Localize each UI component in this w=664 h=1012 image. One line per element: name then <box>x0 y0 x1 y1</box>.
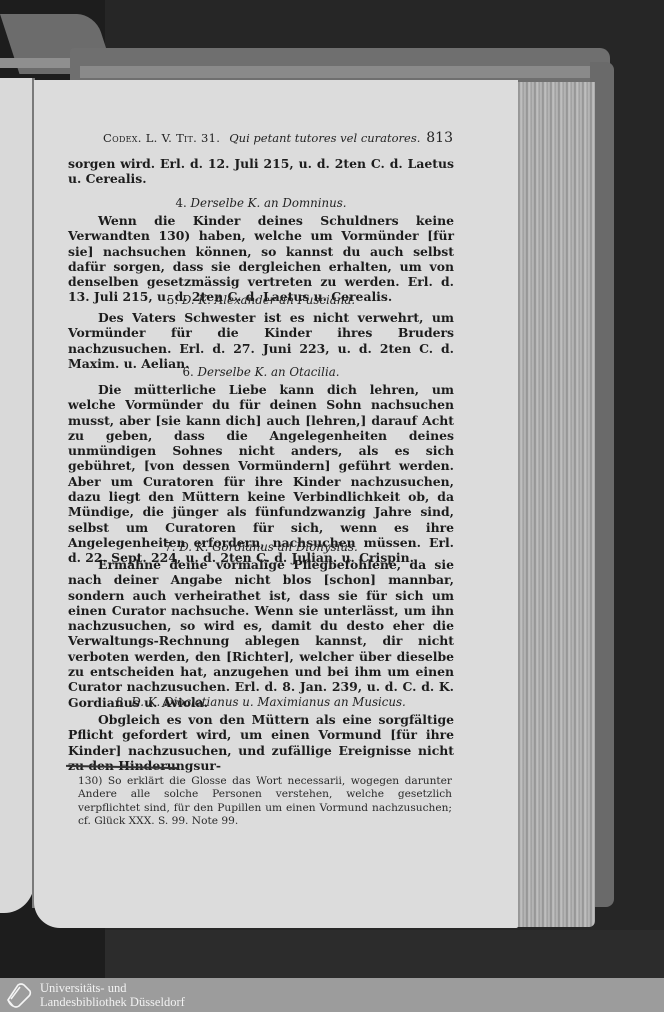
section-text: Die mütterliche Liebe kann dich lehren, … <box>68 382 454 566</box>
book-scan: Codex. L. V. Tit. 31. Qui petant tutores… <box>0 0 664 978</box>
section-heading-7: 7. D. K. Gordianus an Dionysius. <box>68 540 454 554</box>
book-strap-edge <box>0 58 80 68</box>
section-heading-text: D. K. Diocletianus u. Maximianus an Musi… <box>131 695 406 709</box>
section-7: Ermahne deine vormalige Pflegbefohlene, … <box>68 557 454 710</box>
section-heading-4: 4. Derselbe K. an Domninus. <box>68 196 454 210</box>
footnote-text: So erklärt die Glosse das Wort necessari… <box>78 775 452 827</box>
running-head-title: Qui petant tutores vel curatores. <box>229 131 420 145</box>
section-text: Des Vaters Schwester ist es nicht verweh… <box>68 310 454 371</box>
section-5: Des Vaters Schwester ist es nicht verweh… <box>68 310 454 371</box>
section-text: Ermahne deine vormalige Pflegbefohlene, … <box>68 557 454 710</box>
library-footer: Universitäts- und Landesbibliothek Düsse… <box>0 978 664 1012</box>
section-8: Obgleich es von den Müttern als eine sor… <box>68 712 454 773</box>
section-number: 8. <box>116 695 127 709</box>
left-page <box>0 78 34 913</box>
section-continuation: sorgen wird. Erl. d. 12. Juli 215, u. d.… <box>68 156 454 187</box>
library-name: Universitäts- und Landesbibliothek Düsse… <box>40 981 185 1009</box>
section-heading-8: 8. D. K. Diocletianus u. Maximianus an M… <box>68 695 454 709</box>
section-4: Wenn die Kinder deines Schuldners keine … <box>68 213 454 305</box>
section-number: 6. <box>182 365 193 379</box>
library-name-line2: Landesbibliothek Düsseldorf <box>40 995 185 1009</box>
section-text: Obgleich es von den Müttern als eine sor… <box>68 712 454 773</box>
book-logo-icon <box>5 981 33 1009</box>
section-heading-5: 5. D. K. Alexander an Fusciana. <box>68 293 454 307</box>
page-stack-edges <box>515 82 595 927</box>
section-text: sorgen wird. Erl. d. 12. Juli 215, u. d.… <box>68 156 454 187</box>
background-bottom <box>105 930 664 978</box>
section-heading-text: D. K. Alexander an Fusciana. <box>182 293 355 307</box>
running-head: Codex. L. V. Tit. 31. Qui petant tutores… <box>103 130 453 146</box>
section-text: Wenn die Kinder deines Schuldners keine … <box>68 213 454 305</box>
section-heading-6: 6. Derselbe K. an Otacilia. <box>68 365 454 379</box>
section-heading-text: D. K. Gordianus an Dionysius. <box>179 540 358 554</box>
section-6: Die mütterliche Liebe kann dich lehren, … <box>68 382 454 566</box>
section-number: 7. <box>164 540 175 554</box>
section-heading-text: Derselbe K. an Otacilia. <box>197 365 339 379</box>
section-heading-text: Derselbe K. an Domninus. <box>191 196 347 210</box>
book-cover-top-edge <box>80 66 600 78</box>
footnote: 130) So erklärt die Glosse das Wort nece… <box>78 775 452 829</box>
library-name-line1: Universitäts- und <box>40 981 185 995</box>
section-number: 4. <box>176 196 187 210</box>
footnote-marker: 130) <box>78 775 102 787</box>
section-number: 5. <box>167 293 178 307</box>
running-head-codex: Codex. L. V. Tit. 31. <box>103 131 220 145</box>
page-number: 813 <box>426 130 453 146</box>
